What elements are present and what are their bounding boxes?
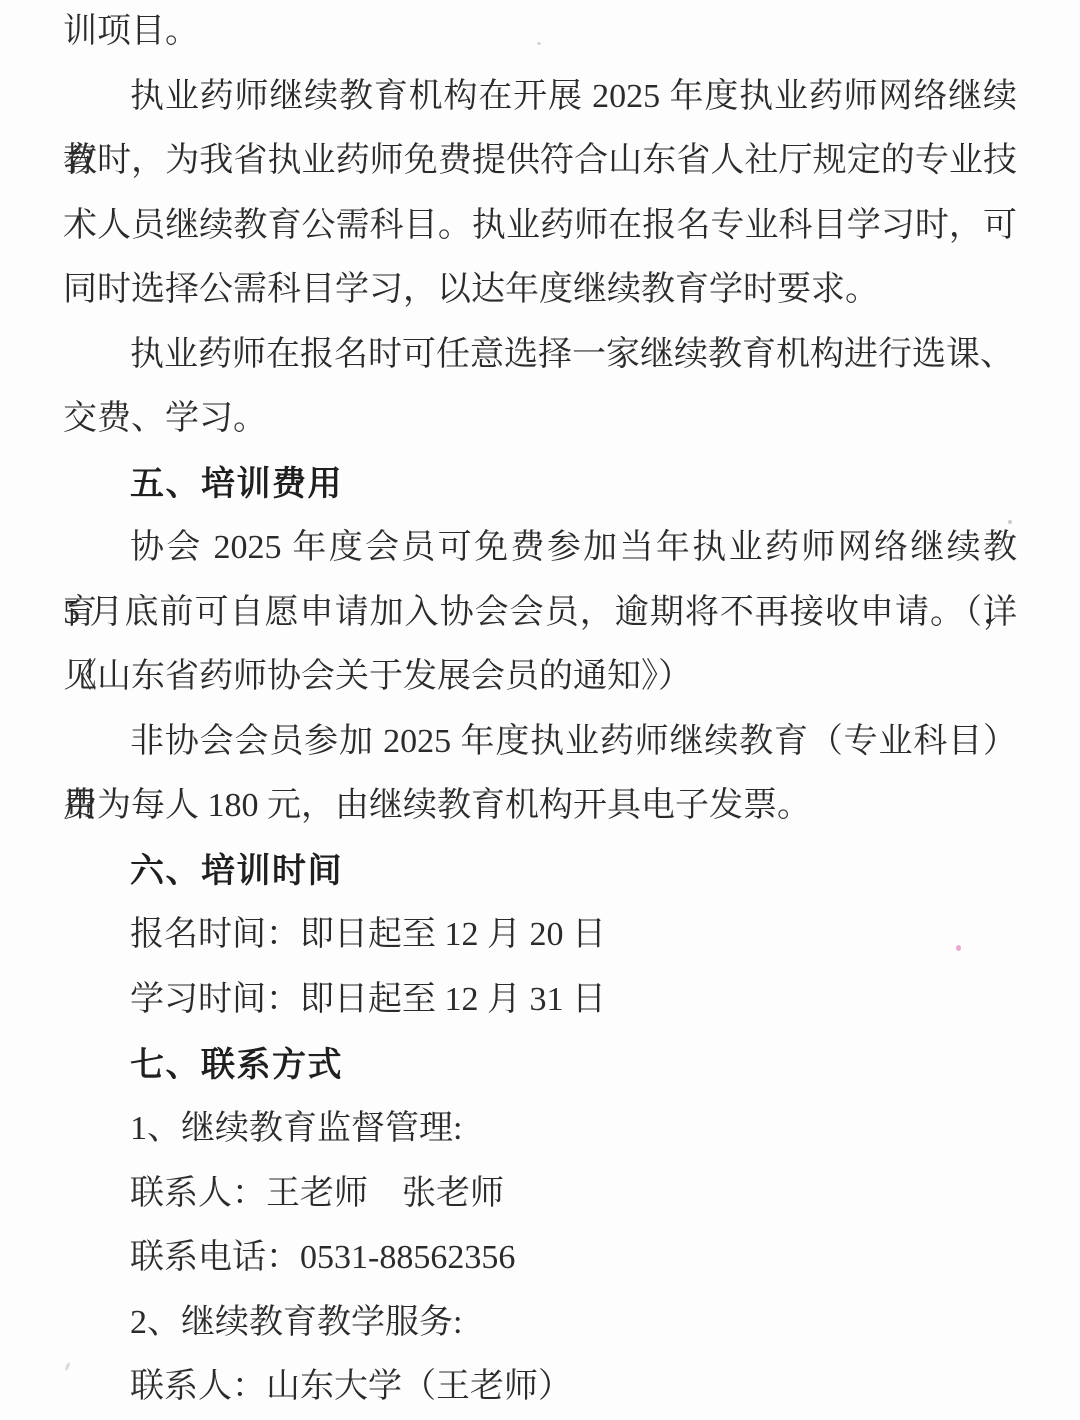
contact-section-1-title: 1、继续教育监督管理: [63,1097,1017,1162]
heading-training-time: 六、培训时间 [63,839,1017,904]
text-line: 《山东省药师协会关于发展会员的通知》） [63,645,1017,710]
text-line: 育时，为我省执业药师免费提供符合山东省人社厅规定的专业技 [63,129,1017,194]
text-line: 术人员继续教育公需科目。执业药师在报名专业科目学习时，可 [63,194,1017,259]
scan-artifact-dot [1008,520,1012,524]
text-line: 执业药师继续教育机构在开展 2025 年度执业药师网络继续教 [63,65,1017,130]
document-page: 训项目。 执业药师继续教育机构在开展 2025 年度执业药师网络继续教 育时，为… [0,0,1080,1420]
text-line: 执业药师在报名时可任意选择一家继续教育机构进行选课、 [63,323,1017,388]
study-time-line: 学习时间：即日起至 12 月 31 日 [63,968,1017,1033]
text-line: 交费、学习。 [63,387,1017,452]
registration-time-line: 报名时间：即日起至 12 月 20 日 [63,903,1017,968]
text-line: 5 月底前可自愿申请加入协会会员，逾期将不再接收申请。（详见 [63,581,1017,646]
text-line: 协会 2025 年度会员可免费参加当年执业药师网络继续教育， [63,516,1017,581]
text-line: 非协会会员参加 2025 年度执业药师继续教育（专业科目）费 [63,710,1017,775]
heading-training-fee: 五、培训费用 [63,452,1017,517]
contact-section-2-title: 2、继续教育教学服务: [63,1291,1017,1356]
contact-person-line: 联系人：王老师 张老师 [63,1162,1017,1227]
contact-phone-line: 联系电话：0531-88562356 [63,1226,1017,1291]
text-line: 用为每人 180 元，由继续教育机构开具电子发票。 [63,774,1017,839]
scan-artifact-dot [537,42,541,45]
contact-person-line: 联系人：山东大学（王老师） [63,1355,1017,1420]
text-line: 训项目。 [63,0,1017,65]
heading-contact-info: 七、联系方式 [63,1033,1017,1098]
scan-artifact-pink-dot [956,945,961,951]
text-line: 同时选择公需科目学习，以达年度继续教育学时要求。 [63,258,1017,323]
